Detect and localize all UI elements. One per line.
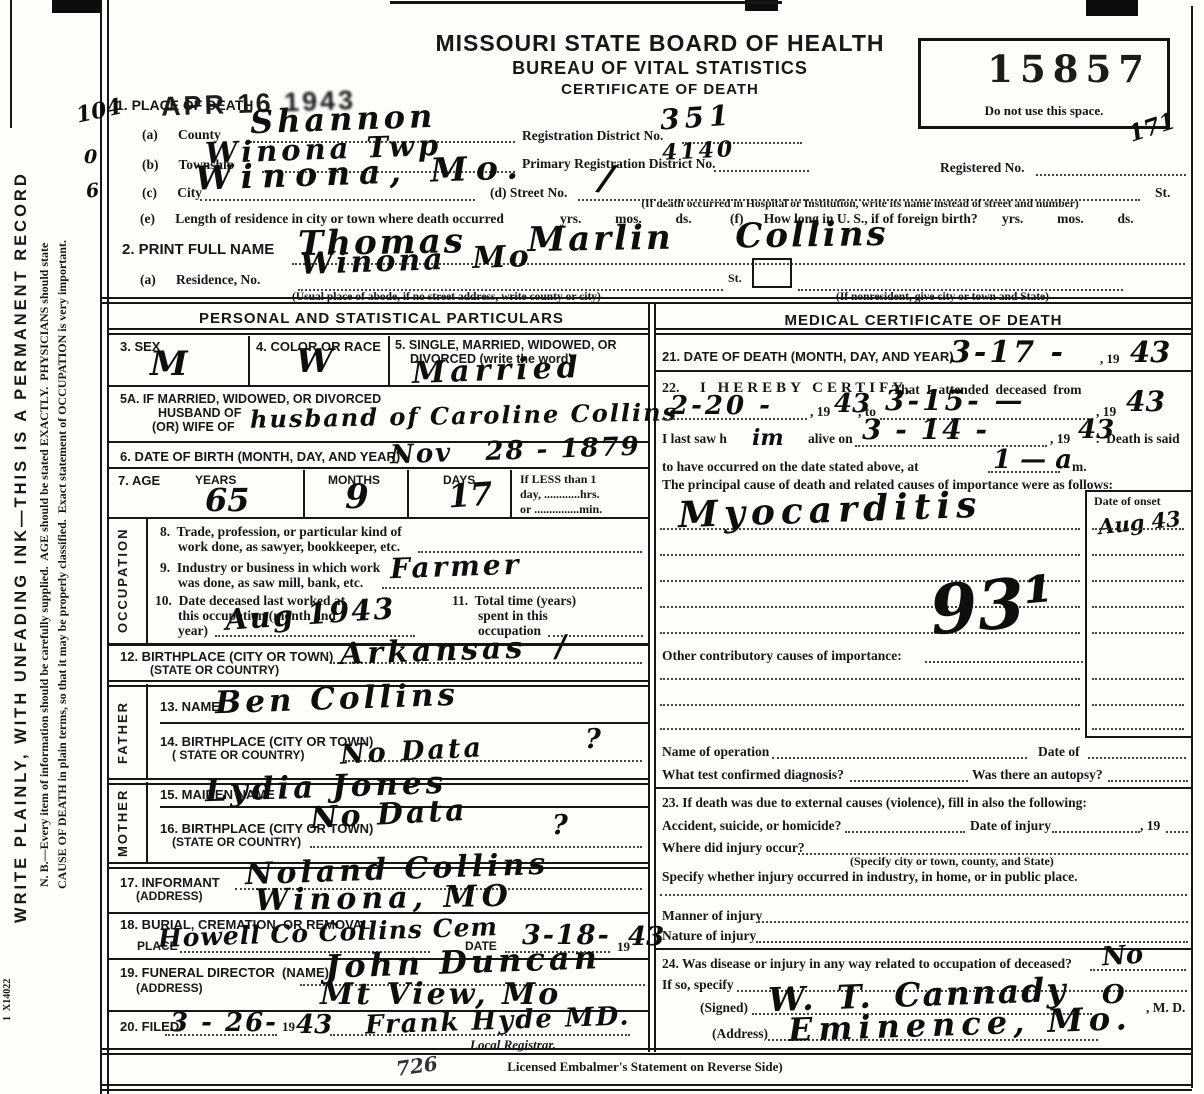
scan-artifact	[1086, 0, 1138, 16]
dotted-line	[1092, 632, 1184, 634]
dotted-line	[200, 199, 475, 201]
street-st-suffix: St.	[1155, 185, 1170, 201]
personal-particulars-title: PERSONAL AND STATISTICAL PARTICULARS	[115, 310, 648, 327]
divider	[655, 328, 1192, 335]
dotted-line	[660, 728, 1080, 730]
ward-box	[752, 258, 792, 288]
accident-label: Accident, suicide, or homicide?	[662, 818, 841, 834]
last-saw-label2: alive on	[808, 431, 853, 447]
funeral-director-label: 19. FUNERAL DIRECTOR (NAME)	[120, 966, 329, 981]
occurred-label: to have occurred on the date stated abov…	[662, 459, 919, 475]
specify-industry-label: Specify whether injury occurred in indus…	[662, 869, 1078, 885]
last-saw-label1: I last saw h	[662, 431, 727, 447]
death-time-value: 1 — a	[993, 447, 1072, 473]
do-not-use-label: Do not use this space.	[921, 103, 1167, 119]
residence-no-label: (a) Residence, No.	[140, 272, 260, 288]
mother-birthplace-mark: ?	[552, 812, 568, 839]
industry-label-line1: 9. Industry or business in which work	[160, 560, 380, 576]
operation-label: Name of operation	[662, 744, 769, 760]
where-injury-label: Where did injury occur?	[662, 840, 805, 856]
rule	[390, 1, 782, 4]
marital-value: Married	[412, 353, 584, 389]
rule	[160, 722, 648, 724]
less-than-day-label2: day, ............hrs.	[520, 488, 600, 502]
birthplace-label2: (STATE OR COUNTRY)	[150, 664, 279, 678]
death-certificate-scan: WRITE PLAINLY, WITH UNFADING INK—THIS IS…	[0, 0, 1204, 1094]
cell-divider	[510, 470, 512, 517]
form-left-border	[100, 0, 102, 1094]
total-time-label1: 11. Total time (years)	[452, 593, 576, 609]
rule	[655, 370, 1192, 372]
burial-year-value: 43	[628, 924, 664, 950]
dotted-line	[1092, 528, 1184, 530]
cell-divider	[388, 336, 390, 385]
onset-box-left	[1085, 490, 1087, 738]
divider	[100, 297, 1192, 304]
filed-year-prefix: 19	[282, 1020, 295, 1035]
birthplace-value: Arkansas /	[340, 632, 571, 670]
margin-note-nb-line2: CAUSE OF DEATH in plain terms, so that i…	[56, 50, 74, 1080]
trade-label-line2: work done, as sawyer, bookkeeper, etc.	[178, 539, 400, 555]
date-of-onset-label: Date of onset	[1094, 495, 1161, 509]
residence-st-suffix: St.	[728, 272, 742, 286]
cell-divider	[407, 470, 409, 517]
age-months-value: 9	[345, 480, 369, 514]
rule	[107, 385, 648, 387]
dotted-line	[758, 921, 1188, 923]
rule	[107, 467, 648, 469]
father-birthplace-value: No Data	[339, 734, 484, 768]
header-title: MISSOURI STATE BOARD OF HEALTH	[380, 30, 940, 56]
occupation-related-label: 24. Was disease or injury in any way rel…	[662, 956, 1072, 972]
mother-vertical-label: MOTHER	[116, 786, 140, 860]
header-subtitle: BUREAU OF VITAL STATISTICS	[380, 58, 940, 79]
autopsy-label: Was there an autopsy?	[972, 767, 1103, 783]
dotted-line	[1108, 780, 1188, 782]
md-label: , M. D.	[1146, 1000, 1185, 1016]
if-so-specify-label: If so, specify	[662, 977, 734, 993]
informant-address-label: (ADDRESS)	[136, 890, 203, 904]
medical-certificate-title: MEDICAL CERTIFICATE OF DEATH	[655, 312, 1192, 329]
onset-box-bottom	[1085, 736, 1191, 738]
attended-from-value: 2-20 -	[670, 393, 773, 419]
specify-city-note: (Specify city or town, county, and State…	[850, 855, 1054, 869]
husband-wife-label3: (OR) WIFE OF	[152, 420, 235, 434]
less-than-day-label3: or ...............min.	[520, 503, 602, 517]
dotted-line	[660, 678, 1080, 680]
dotted-line	[1092, 704, 1184, 706]
dotted-line	[714, 170, 809, 172]
cell-divider	[248, 336, 250, 385]
hospital-note: (If death occurred in Hospital or Instit…	[580, 198, 1140, 211]
primary-district-value: 4140	[661, 138, 735, 164]
from-year-prefix: , 19	[810, 404, 830, 420]
dotted-line	[1092, 606, 1184, 608]
registered-no-label: Registered No.	[940, 160, 1024, 176]
divider	[107, 328, 648, 335]
dotted-line	[660, 554, 1080, 556]
mother-birthplace-label2: (STATE OR COUNTRY)	[172, 836, 301, 850]
place-of-death-title: 1. PLACE OF DEATH	[116, 97, 253, 113]
residence-value: Winona Mo	[300, 242, 533, 280]
dotted-line	[850, 780, 968, 782]
contributory-value: 93¹	[927, 567, 1057, 646]
dotted-line	[925, 661, 1083, 663]
test-label: What test confirmed diagnosis?	[662, 767, 844, 783]
industry-value: Farmer	[390, 551, 522, 584]
form-left-border	[107, 0, 109, 1094]
dotted-line	[1088, 757, 1186, 759]
foreign-units: yrs. mos. ds.	[1002, 211, 1134, 227]
operation-date-label: Date of	[1038, 744, 1080, 760]
attended-to-value: 3-15- —	[885, 387, 1025, 415]
rule	[107, 517, 648, 519]
dotted-line	[845, 831, 965, 833]
margin-note-bold: WRITE PLAINLY, WITH UNFADING INK—THIS IS…	[12, 8, 38, 1086]
nature-of-injury-label: Nature of injury	[662, 928, 756, 944]
principal-cause-value: Myocarditis	[677, 487, 982, 534]
margin-handwriting: 6	[85, 181, 101, 202]
dotted-line	[1092, 580, 1184, 582]
date-of-onset-value: Aug 43	[1097, 508, 1182, 538]
father-name-label: 13. NAME	[160, 700, 220, 715]
date-of-birth-value: Nov 28 - 1879	[390, 434, 642, 469]
last-saw-him: im	[752, 427, 784, 449]
age-years-value: 65	[205, 484, 250, 516]
onset-box-top	[1085, 490, 1191, 492]
death-is-said-label: . Death is said	[1096, 431, 1180, 447]
dotted-line	[310, 846, 642, 848]
rule	[655, 787, 1192, 789]
signed-label: (Signed)	[700, 1000, 748, 1016]
cell-divider	[146, 782, 148, 862]
scan-artifact	[52, 0, 102, 13]
city-value: Winona, Mo.	[195, 150, 528, 195]
cell-divider	[146, 684, 148, 778]
manner-of-injury-label: Manner of injury	[662, 908, 762, 924]
father-name-value: Ben Collins	[215, 680, 460, 719]
dotted-line	[382, 587, 642, 589]
filed-year-value: 43	[296, 1012, 332, 1038]
date-of-birth-label: 6. DATE OF BIRTH (MONTH, DAY, AND YEAR)	[120, 450, 400, 465]
dotted-line	[1166, 831, 1188, 833]
header-certificate-line: CERTIFICATE OF DEATH	[380, 81, 940, 98]
injury-19-label: , 19	[1140, 818, 1160, 834]
registration-district-value: 351	[659, 101, 734, 134]
external-causes-label: 23. If death was due to external causes …	[662, 795, 1087, 811]
dotted-line	[1052, 831, 1140, 833]
dotted-line	[772, 757, 1027, 759]
marital-label-line1: 5. SINGLE, MARRIED, WIDOWED, OR	[395, 338, 617, 352]
husband-wife-value: husband of Caroline Collins	[250, 400, 678, 431]
dotted-line	[1090, 969, 1186, 971]
industry-label-line2: was done, as saw mill, bank, etc.	[178, 575, 363, 591]
dotted-line	[660, 704, 1080, 706]
dotted-line	[1092, 678, 1184, 680]
injury-date-label: Date of injury	[970, 818, 1051, 834]
dotted-line	[165, 1034, 277, 1036]
age-days-value: 17	[447, 477, 494, 512]
dotted-line	[1092, 554, 1184, 556]
certificate-number: 15857	[987, 47, 1151, 91]
dotted-line	[1092, 728, 1184, 730]
last-saw-date-value: 3 - 14 -	[862, 416, 989, 444]
registration-district-label: Registration District No.	[522, 128, 663, 144]
form-right-border	[1191, 6, 1193, 1088]
father-birthplace-label2: ( STATE OR COUNTRY)	[172, 749, 304, 763]
age-label: 7. AGE	[118, 474, 160, 489]
husband-wife-label2: HUSBAND OF	[158, 406, 241, 420]
embalmer-statement-label: Licensed Embalmer's Statement on Reverse…	[420, 1060, 870, 1075]
rule	[107, 912, 648, 914]
street-no-label: (d) Street No.	[490, 185, 567, 201]
sex-value: M	[150, 347, 188, 381]
death-year-value: 43	[1130, 338, 1170, 367]
date-of-death-value: 3-17 -	[950, 338, 1066, 368]
dotted-line	[660, 894, 1187, 896]
time-m-label: m.	[1072, 459, 1087, 475]
form-code: 1 X14022	[2, 930, 16, 1070]
last-worked-label3: year)	[178, 623, 208, 639]
total-time-label2: spent in this	[478, 608, 548, 624]
cell-divider	[146, 517, 148, 643]
margin-note-nb-line1: N. B.—Every item of information should b…	[38, 50, 56, 1080]
contributory-label: Other contributory causes of importance:	[662, 648, 902, 664]
certificate-number-box: 15857 Do not use this space.	[918, 38, 1170, 129]
occupation-vertical-label: OCCUPATION	[116, 520, 140, 640]
filed-date-value: 3 - 26-	[170, 1010, 278, 1036]
cell-divider	[303, 470, 305, 517]
mother-birthplace-value: No Data	[309, 796, 468, 834]
occupation-related-value: No	[1101, 942, 1144, 971]
margin-handwriting: 0	[84, 148, 97, 167]
to-year-value: 43	[1126, 388, 1165, 416]
print-full-name-label: 2. PRINT FULL NAME	[122, 241, 274, 258]
physician-address-label: (Address)	[712, 1026, 768, 1042]
death-year-prefix: , 19	[1100, 352, 1120, 367]
divider	[100, 1084, 1192, 1091]
city-label: (c) City	[142, 185, 202, 201]
divider	[100, 1048, 1192, 1055]
less-than-day-label1: If LESS than 1	[520, 473, 596, 487]
dotted-line	[1036, 174, 1186, 176]
last-worked-value: Aug 1943	[224, 594, 396, 635]
color-race-value: W	[296, 344, 333, 377]
dotted-line	[988, 471, 1060, 473]
father-vertical-label: FATHER	[116, 690, 140, 775]
father-birthplace-mark: ?	[585, 726, 601, 753]
trade-label-line1: 8. Trade, profession, or particular kind…	[160, 524, 402, 540]
funeral-director-address-label: (ADDRESS)	[136, 982, 203, 996]
date-of-death-label: 21. DATE OF DEATH (MONTH, DAY, AND YEAR)	[662, 350, 954, 365]
